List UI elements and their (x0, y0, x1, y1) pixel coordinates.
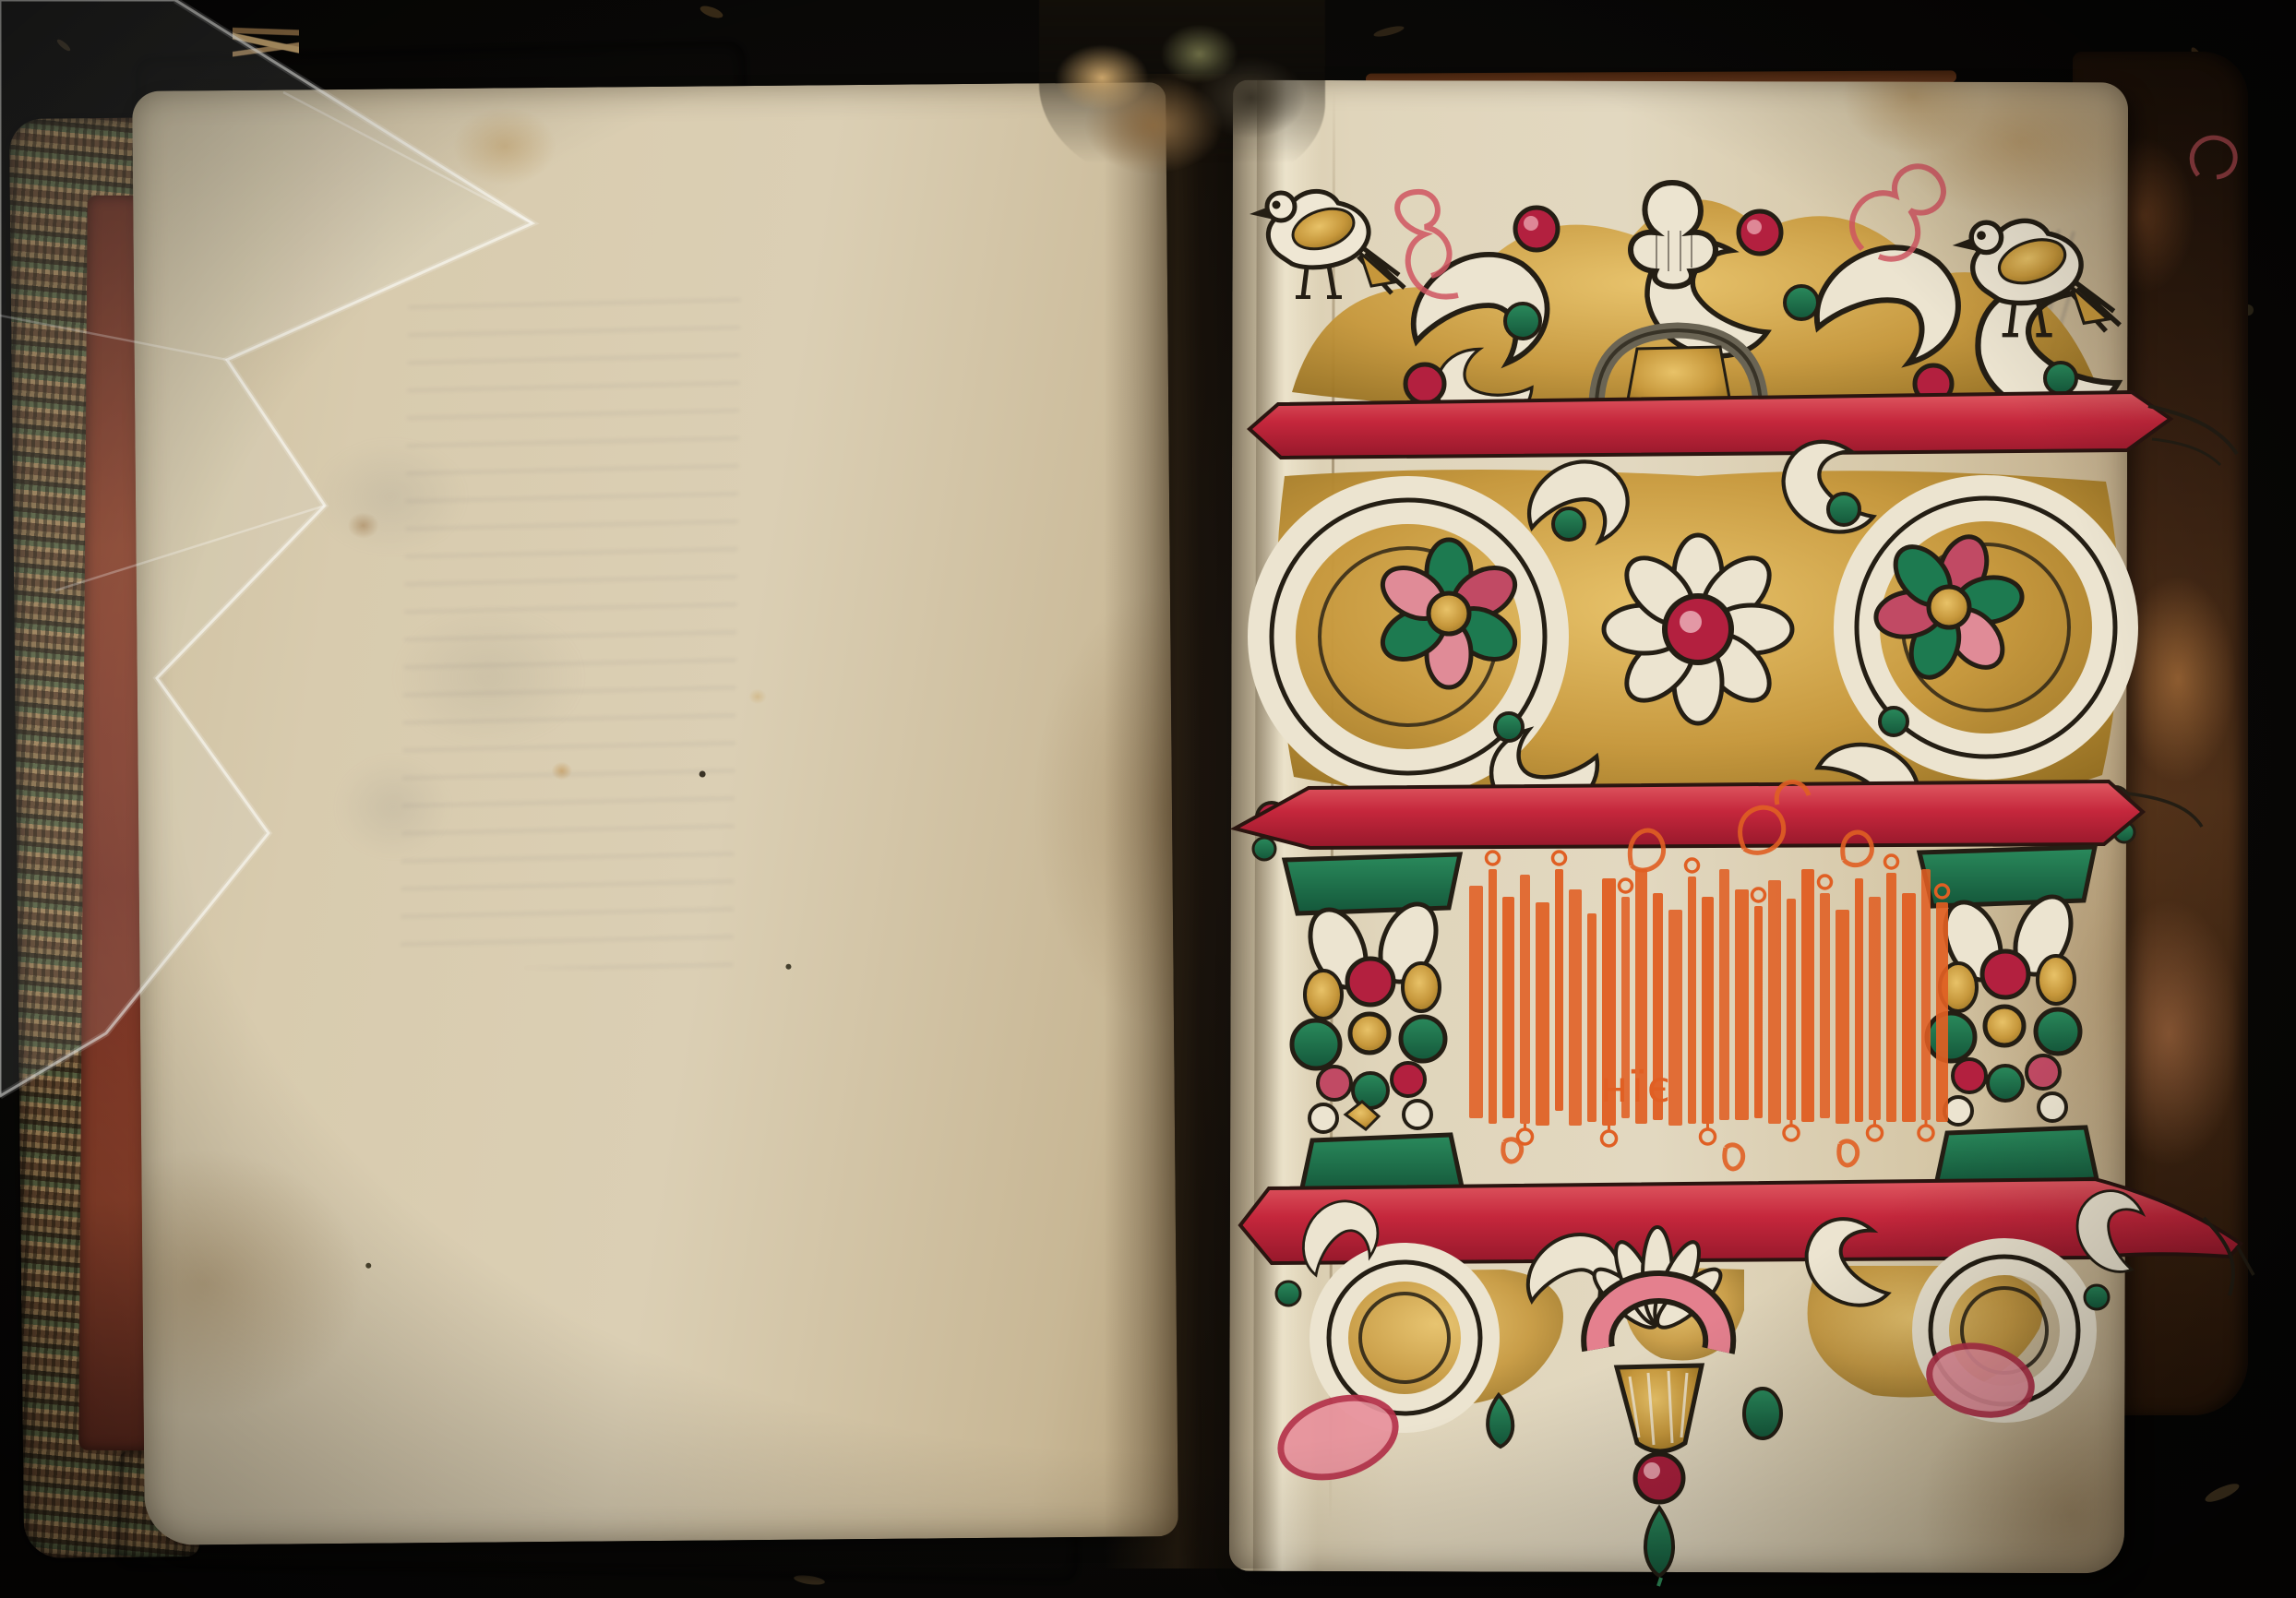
vyaz-bar (1569, 889, 1582, 1126)
vyaz-bar (1754, 906, 1763, 1118)
vyaz-loop (1919, 1126, 1933, 1140)
vyaz-bar (1902, 893, 1916, 1122)
vyaz-loop (1701, 1129, 1716, 1144)
vyaz-bar (1836, 910, 1849, 1124)
vyaz-loop (1885, 855, 1898, 868)
vyaz-loop (1602, 1131, 1617, 1146)
rosette-center (1604, 535, 1792, 723)
vyaz-bar (1520, 875, 1530, 1124)
vyaz-loop (1487, 852, 1500, 865)
tassel-drop (1645, 1508, 1673, 1576)
bird-left (1250, 191, 1405, 297)
vyaz-bar (1820, 893, 1830, 1118)
vyaz-bar (1801, 869, 1814, 1122)
vyaz-bar (1886, 873, 1896, 1122)
vyaz-loop (1868, 1126, 1883, 1140)
red-bar-middle (1235, 781, 2202, 848)
vyaz-bar (1502, 897, 1514, 1118)
vyaz-bar (1688, 877, 1696, 1124)
tassel-bead (1635, 1454, 1683, 1502)
vyaz-bar (1536, 902, 1549, 1126)
vyaz-bar (1702, 897, 1714, 1124)
vyaz-bar (1719, 869, 1729, 1120)
page-speck (365, 1263, 371, 1269)
vyaz-bar (1768, 880, 1781, 1124)
vyaz-loop (1784, 1126, 1799, 1140)
vyaz-bar (1735, 889, 1749, 1120)
page-speck (785, 964, 791, 970)
vyaz-bar (1855, 878, 1863, 1122)
vyaz-bar (1921, 869, 1931, 1120)
book: нїє (0, 0, 2296, 1598)
vyaz-loop (1752, 888, 1765, 901)
vyaz-loop (1553, 852, 1566, 865)
vyaz-bar (1869, 897, 1881, 1120)
vyaz-bar (1587, 913, 1596, 1122)
vyaz-caption: нїє (1600, 1062, 1674, 1112)
vyaz-loop (1819, 876, 1832, 888)
vyaz-bar (1469, 886, 1483, 1118)
vyaz-loop (1620, 879, 1632, 892)
red-penwork-corner (2192, 137, 2235, 177)
green-paint-drip (1658, 1578, 1661, 1586)
plastic-film-overlay (0, 0, 701, 1199)
vyaz-bar (1936, 902, 1948, 1122)
vyaz-bar (1489, 869, 1497, 1124)
photo-stage: нїє (0, 0, 2296, 1598)
floral-column-left (1285, 854, 1462, 1192)
vyaz-bar (1787, 899, 1796, 1120)
illuminated-headpiece: нїє (1227, 111, 2261, 1587)
vyaz-title-lettering (1469, 852, 1949, 1146)
vyaz-loop (1686, 859, 1699, 872)
red-bar-top (1250, 392, 2237, 465)
crown-ornament-band (1250, 137, 2235, 435)
vyaz-bar (1555, 869, 1563, 1111)
